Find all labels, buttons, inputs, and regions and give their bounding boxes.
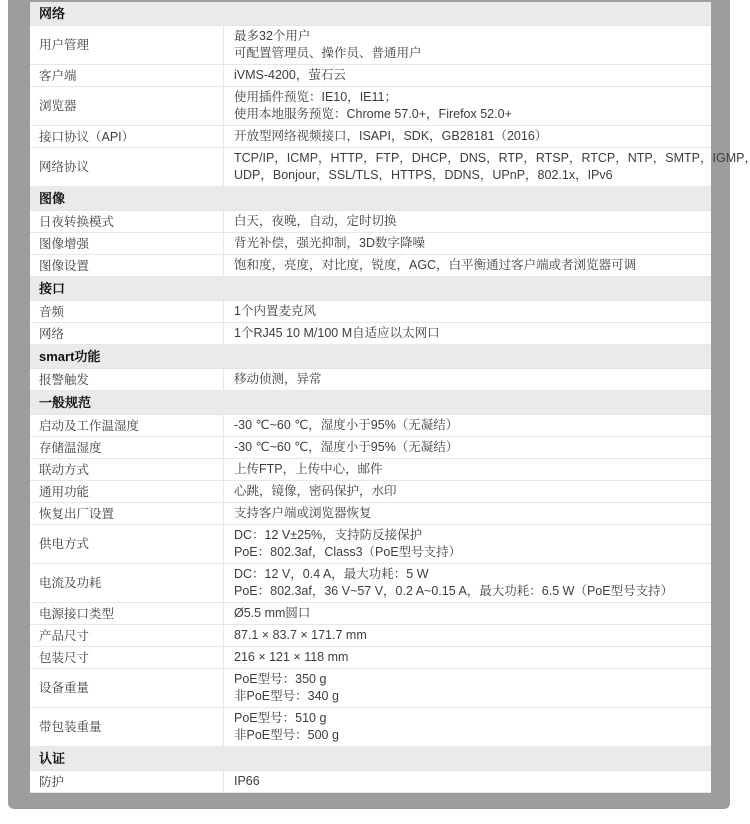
spec-label: 电流及功耗	[30, 564, 224, 602]
spec-row: 包装尺寸216 × 121 × 118 mm	[30, 647, 711, 669]
value-line: 背光补偿，强光抑制，3D数字降噪	[234, 235, 703, 252]
spec-value: 1个内置麦克风	[224, 301, 711, 322]
spec-value: 216 × 121 × 118 mm	[224, 647, 711, 668]
spec-value: 背光补偿，强光抑制，3D数字降噪	[224, 233, 711, 254]
value-line: 白天，夜晚，自动，定时切换	[234, 213, 703, 230]
section-header: smart功能	[30, 345, 711, 369]
spec-row: 供电方式DC：12 V±25%，支持防反接保护PoE：802.3af，Class…	[30, 525, 711, 564]
value-line: 饱和度，亮度，对比度，锐度，AGC，白平衡通过客户端或者浏览器可调	[234, 257, 703, 274]
value-line: 非PoE型号：500 g	[234, 727, 703, 744]
spec-value: 最多32个用户可配置管理员、操作员、普通用户	[224, 26, 711, 64]
spec-label: 通用功能	[30, 481, 224, 502]
spec-value: -30 ℃~60 ℃，湿度小于95%（无凝结）	[224, 415, 711, 436]
spec-row: 产品尺寸87.1 × 83.7 × 171.7 mm	[30, 625, 711, 647]
spec-label: 用户管理	[30, 26, 224, 64]
spec-label: 设备重量	[30, 669, 224, 707]
value-line: 心跳，镜像，密码保护，水印	[234, 483, 703, 500]
spec-row: 防护IP66	[30, 771, 711, 793]
spec-label: 启动及工作温湿度	[30, 415, 224, 436]
spec-value: TCP/IP，ICMP，HTTP，FTP，DHCP，DNS，RTP，RTSP，R…	[224, 148, 750, 186]
spec-row: 客户端iVMS-4200，萤石云	[30, 65, 711, 87]
spec-label: 包装尺寸	[30, 647, 224, 668]
spec-table: 网络用户管理最多32个用户可配置管理员、操作员、普通用户客户端iVMS-4200…	[30, 2, 711, 793]
value-line: TCP/IP，ICMP，HTTP，FTP，DHCP，DNS，RTP，RTSP，R…	[234, 150, 750, 167]
spec-label: 带包装重量	[30, 708, 224, 746]
value-line: 87.1 × 83.7 × 171.7 mm	[234, 627, 703, 644]
spec-label: 恢复出厂设置	[30, 503, 224, 524]
spec-label: 供电方式	[30, 525, 224, 563]
spec-label: 网络协议	[30, 148, 224, 186]
spec-row: 设备重量PoE型号：350 g非PoE型号：340 g	[30, 669, 711, 708]
spec-value: PoE型号：350 g非PoE型号：340 g	[224, 669, 711, 707]
spec-value: PoE型号：510 g非PoE型号：500 g	[224, 708, 711, 746]
value-line: UDP，Bonjour，SSL/TLS，HTTPS，DDNS，UPnP，802.…	[234, 167, 750, 184]
spec-value: 使用插件预览：IE10，IE11；使用本地服务预览：Chrome 57.0+，F…	[224, 87, 711, 125]
spec-value: 移动侦测，异常	[224, 369, 711, 390]
spec-value: 上传FTP，上传中心，邮件	[224, 459, 711, 480]
value-line: 可配置管理员、操作员、普通用户	[234, 45, 703, 62]
value-line: PoE型号：510 g	[234, 710, 703, 727]
spec-label: 接口协议（API）	[30, 126, 224, 147]
section-header: 接口	[30, 277, 711, 301]
spec-row: 接口协议（API）开放型网络视频接口，ISAPI，SDK，GB28181（201…	[30, 126, 711, 148]
spec-value: 开放型网络视频接口，ISAPI，SDK，GB28181（2016）	[224, 126, 711, 147]
spec-row: 图像设置饱和度，亮度，对比度，锐度，AGC，白平衡通过客户端或者浏览器可调	[30, 255, 711, 277]
spec-value: 白天，夜晚，自动，定时切换	[224, 211, 711, 232]
value-line: PoE型号：350 g	[234, 671, 703, 688]
value-line: 使用插件预览：IE10，IE11；	[234, 89, 703, 106]
spec-row: 电源接口类型Ø5.5 mm圆口	[30, 603, 711, 625]
spec-row: 图像增强背光补偿，强光抑制，3D数字降噪	[30, 233, 711, 255]
spec-value: DC：12 V±25%，支持防反接保护PoE：802.3af，Class3（Po…	[224, 525, 711, 563]
spec-row: 联动方式上传FTP，上传中心，邮件	[30, 459, 711, 481]
value-line: 支持客户端或浏览器恢复	[234, 505, 703, 522]
spec-row: 网络1个RJ45 10 M/100 M自适应以太网口	[30, 323, 711, 345]
value-line: 移动侦测，异常	[234, 371, 703, 388]
value-line: IP66	[234, 773, 703, 790]
panel-background: 网络用户管理最多32个用户可配置管理员、操作员、普通用户客户端iVMS-4200…	[8, 0, 730, 809]
value-line: 使用本地服务预览：Chrome 57.0+，Firefox 52.0+	[234, 106, 703, 123]
value-line: 216 × 121 × 118 mm	[234, 649, 703, 666]
spec-label: 防护	[30, 771, 224, 792]
spec-label: 图像设置	[30, 255, 224, 276]
spec-label: 客户端	[30, 65, 224, 86]
value-line: 1个RJ45 10 M/100 M自适应以太网口	[234, 325, 703, 342]
spec-label: 音频	[30, 301, 224, 322]
value-line: DC：12 V，0.4 A，最大功耗：5 W	[234, 566, 703, 583]
value-line: iVMS-4200，萤石云	[234, 67, 703, 84]
spec-label: 电源接口类型	[30, 603, 224, 624]
spec-label: 图像增强	[30, 233, 224, 254]
value-line: 上传FTP，上传中心，邮件	[234, 461, 703, 478]
value-line: -30 ℃~60 ℃，湿度小于95%（无凝结）	[234, 439, 703, 456]
value-line: 最多32个用户	[234, 28, 703, 45]
section-header: 图像	[30, 187, 711, 211]
spec-row: 网络协议TCP/IP，ICMP，HTTP，FTP，DHCP，DNS，RTP，RT…	[30, 148, 711, 187]
value-line: 1个内置麦克风	[234, 303, 703, 320]
section-header: 网络	[30, 2, 711, 26]
spec-value: 支持客户端或浏览器恢复	[224, 503, 711, 524]
value-line: Ø5.5 mm圆口	[234, 605, 703, 622]
spec-row: 浏览器使用插件预览：IE10，IE11；使用本地服务预览：Chrome 57.0…	[30, 87, 711, 126]
spec-value: iVMS-4200，萤石云	[224, 65, 711, 86]
spec-label: 日夜转换模式	[30, 211, 224, 232]
value-line: DC：12 V±25%，支持防反接保护	[234, 527, 703, 544]
spec-row: 恢复出厂设置支持客户端或浏览器恢复	[30, 503, 711, 525]
spec-value: IP66	[224, 771, 711, 792]
value-line: PoE：802.3af，36 V~57 V，0.2 A~0.15 A，最大功耗：…	[234, 583, 703, 600]
value-line: 非PoE型号：340 g	[234, 688, 703, 705]
spec-label: 浏览器	[30, 87, 224, 125]
section-header: 一般规范	[30, 391, 711, 415]
spec-label: 产品尺寸	[30, 625, 224, 646]
spec-row: 音频1个内置麦克风	[30, 301, 711, 323]
spec-label: 联动方式	[30, 459, 224, 480]
spec-value: 心跳，镜像，密码保护，水印	[224, 481, 711, 502]
spec-row: 日夜转换模式白天，夜晚，自动，定时切换	[30, 211, 711, 233]
spec-value: DC：12 V，0.4 A，最大功耗：5 WPoE：802.3af，36 V~5…	[224, 564, 711, 602]
value-line: 开放型网络视频接口，ISAPI，SDK，GB28181（2016）	[234, 128, 703, 145]
spec-row: 用户管理最多32个用户可配置管理员、操作员、普通用户	[30, 26, 711, 65]
spec-value: 饱和度，亮度，对比度，锐度，AGC，白平衡通过客户端或者浏览器可调	[224, 255, 711, 276]
spec-row: 启动及工作温湿度-30 ℃~60 ℃，湿度小于95%（无凝结）	[30, 415, 711, 437]
spec-row: 报警触发移动侦测，异常	[30, 369, 711, 391]
spec-value: Ø5.5 mm圆口	[224, 603, 711, 624]
spec-value: -30 ℃~60 ℃，湿度小于95%（无凝结）	[224, 437, 711, 458]
value-line: -30 ℃~60 ℃，湿度小于95%（无凝结）	[234, 417, 703, 434]
spec-value: 1个RJ45 10 M/100 M自适应以太网口	[224, 323, 711, 344]
spec-row: 存储温湿度-30 ℃~60 ℃，湿度小于95%（无凝结）	[30, 437, 711, 459]
spec-label: 存储温湿度	[30, 437, 224, 458]
value-line: PoE：802.3af，Class3（PoE型号支持）	[234, 544, 703, 561]
section-header: 认证	[30, 747, 711, 771]
spec-value: 87.1 × 83.7 × 171.7 mm	[224, 625, 711, 646]
spec-row: 通用功能心跳，镜像，密码保护，水印	[30, 481, 711, 503]
spec-row: 电流及功耗DC：12 V，0.4 A，最大功耗：5 WPoE：802.3af，3…	[30, 564, 711, 603]
spec-label: 报警触发	[30, 369, 224, 390]
spec-label: 网络	[30, 323, 224, 344]
spec-row: 带包装重量PoE型号：510 g非PoE型号：500 g	[30, 708, 711, 747]
